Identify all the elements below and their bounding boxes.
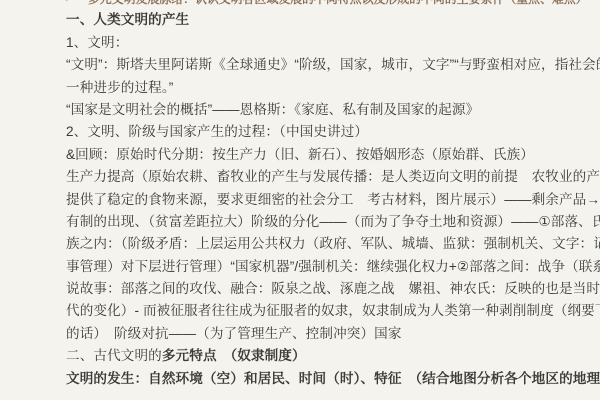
doc-line: 一种进步的过程。” xyxy=(66,77,588,99)
doc-line: “国家是文明社会的概括”——恩格斯：《家庭、私有制及国家的起源》 xyxy=(66,99,588,121)
lesson-objective-line: ●多元文明发展脉络：认识文明各区域发展的不同特点以及形成的不同的主要条件（重点、… xyxy=(66,0,588,9)
doc-line-subheading-1: 1、文明： xyxy=(66,32,588,54)
doc-line: &回顾：原始时代分期：按生产力（旧、新石）、按婚姻形态（原始群、氏族） xyxy=(66,144,588,166)
doc-line: 提供了稳定的食物来源，要求更细密的社会分工 考古材料，图片展示）——剩余产品→私 xyxy=(66,189,588,211)
doc-line: 代的变化）- 而被征服者往往成为征服者的奴隶，奴隶制成为人类第一种剥削制度（纲要… xyxy=(66,300,588,322)
heading-section-2-bold: 多元特点 （奴隶制度） xyxy=(162,348,306,363)
bullet-icon: ● xyxy=(64,0,88,9)
heading-section-2: 二、古代文明的多元特点 （奴隶制度） xyxy=(66,345,588,367)
doc-line: “文明”：斯塔夫里阿诺斯《全球通史》“阶级，国家，城市，文字”“与野蛮相对应，指… xyxy=(66,54,588,76)
doc-line: 有制的出现、（贫富差距拉大）阶级的分化——（而为了争夺土地和资源）——①部落、氏 xyxy=(66,211,588,233)
document-page: ●多元文明发展脉络：认识文明各区域发展的不同特点以及形成的不同的主要条件（重点、… xyxy=(0,0,600,390)
doc-line: 事管理）对下层进行管理）“国家机器”/强制机关：继续强化权力+②部落之间：战争（… xyxy=(66,256,588,278)
lesson-objective-text: 多元文明发展脉络：认识文明各区域发展的不同特点以及形成的不同的主要条件（重点、难… xyxy=(88,0,588,6)
heading-section-1: 一、人类文明的产生 xyxy=(66,9,588,31)
doc-line-bold: 文明的发生：自然环境（空）和居民、时间（时）、特征 （结合地图分析各个地区的地理 xyxy=(66,368,588,390)
doc-line: 说故事：部落之间的攻伐、融合：阪泉之战、涿鹿之战 嫘祖、神农氏：反映的也是当时时 xyxy=(66,278,588,300)
heading-section-2-prefix: 二、古代文明的 xyxy=(66,348,162,363)
doc-line: 的话） 阶级对抗——（为了管理生产、控制冲突）国家 xyxy=(66,323,588,345)
doc-line: 生产力提高（原始农耕、畜牧业的产生与发展传播：是人类迈向文明的前提 农牧业的产生 xyxy=(66,166,588,188)
doc-line: 族之内：（阶级矛盾：上层运用公共权力（政府、军队、城墙、监狱：强制机关、文字：记 xyxy=(66,233,588,255)
doc-line-subheading-2: 2、文明、阶级与国家产生的过程：（中国史讲过） xyxy=(66,121,588,143)
